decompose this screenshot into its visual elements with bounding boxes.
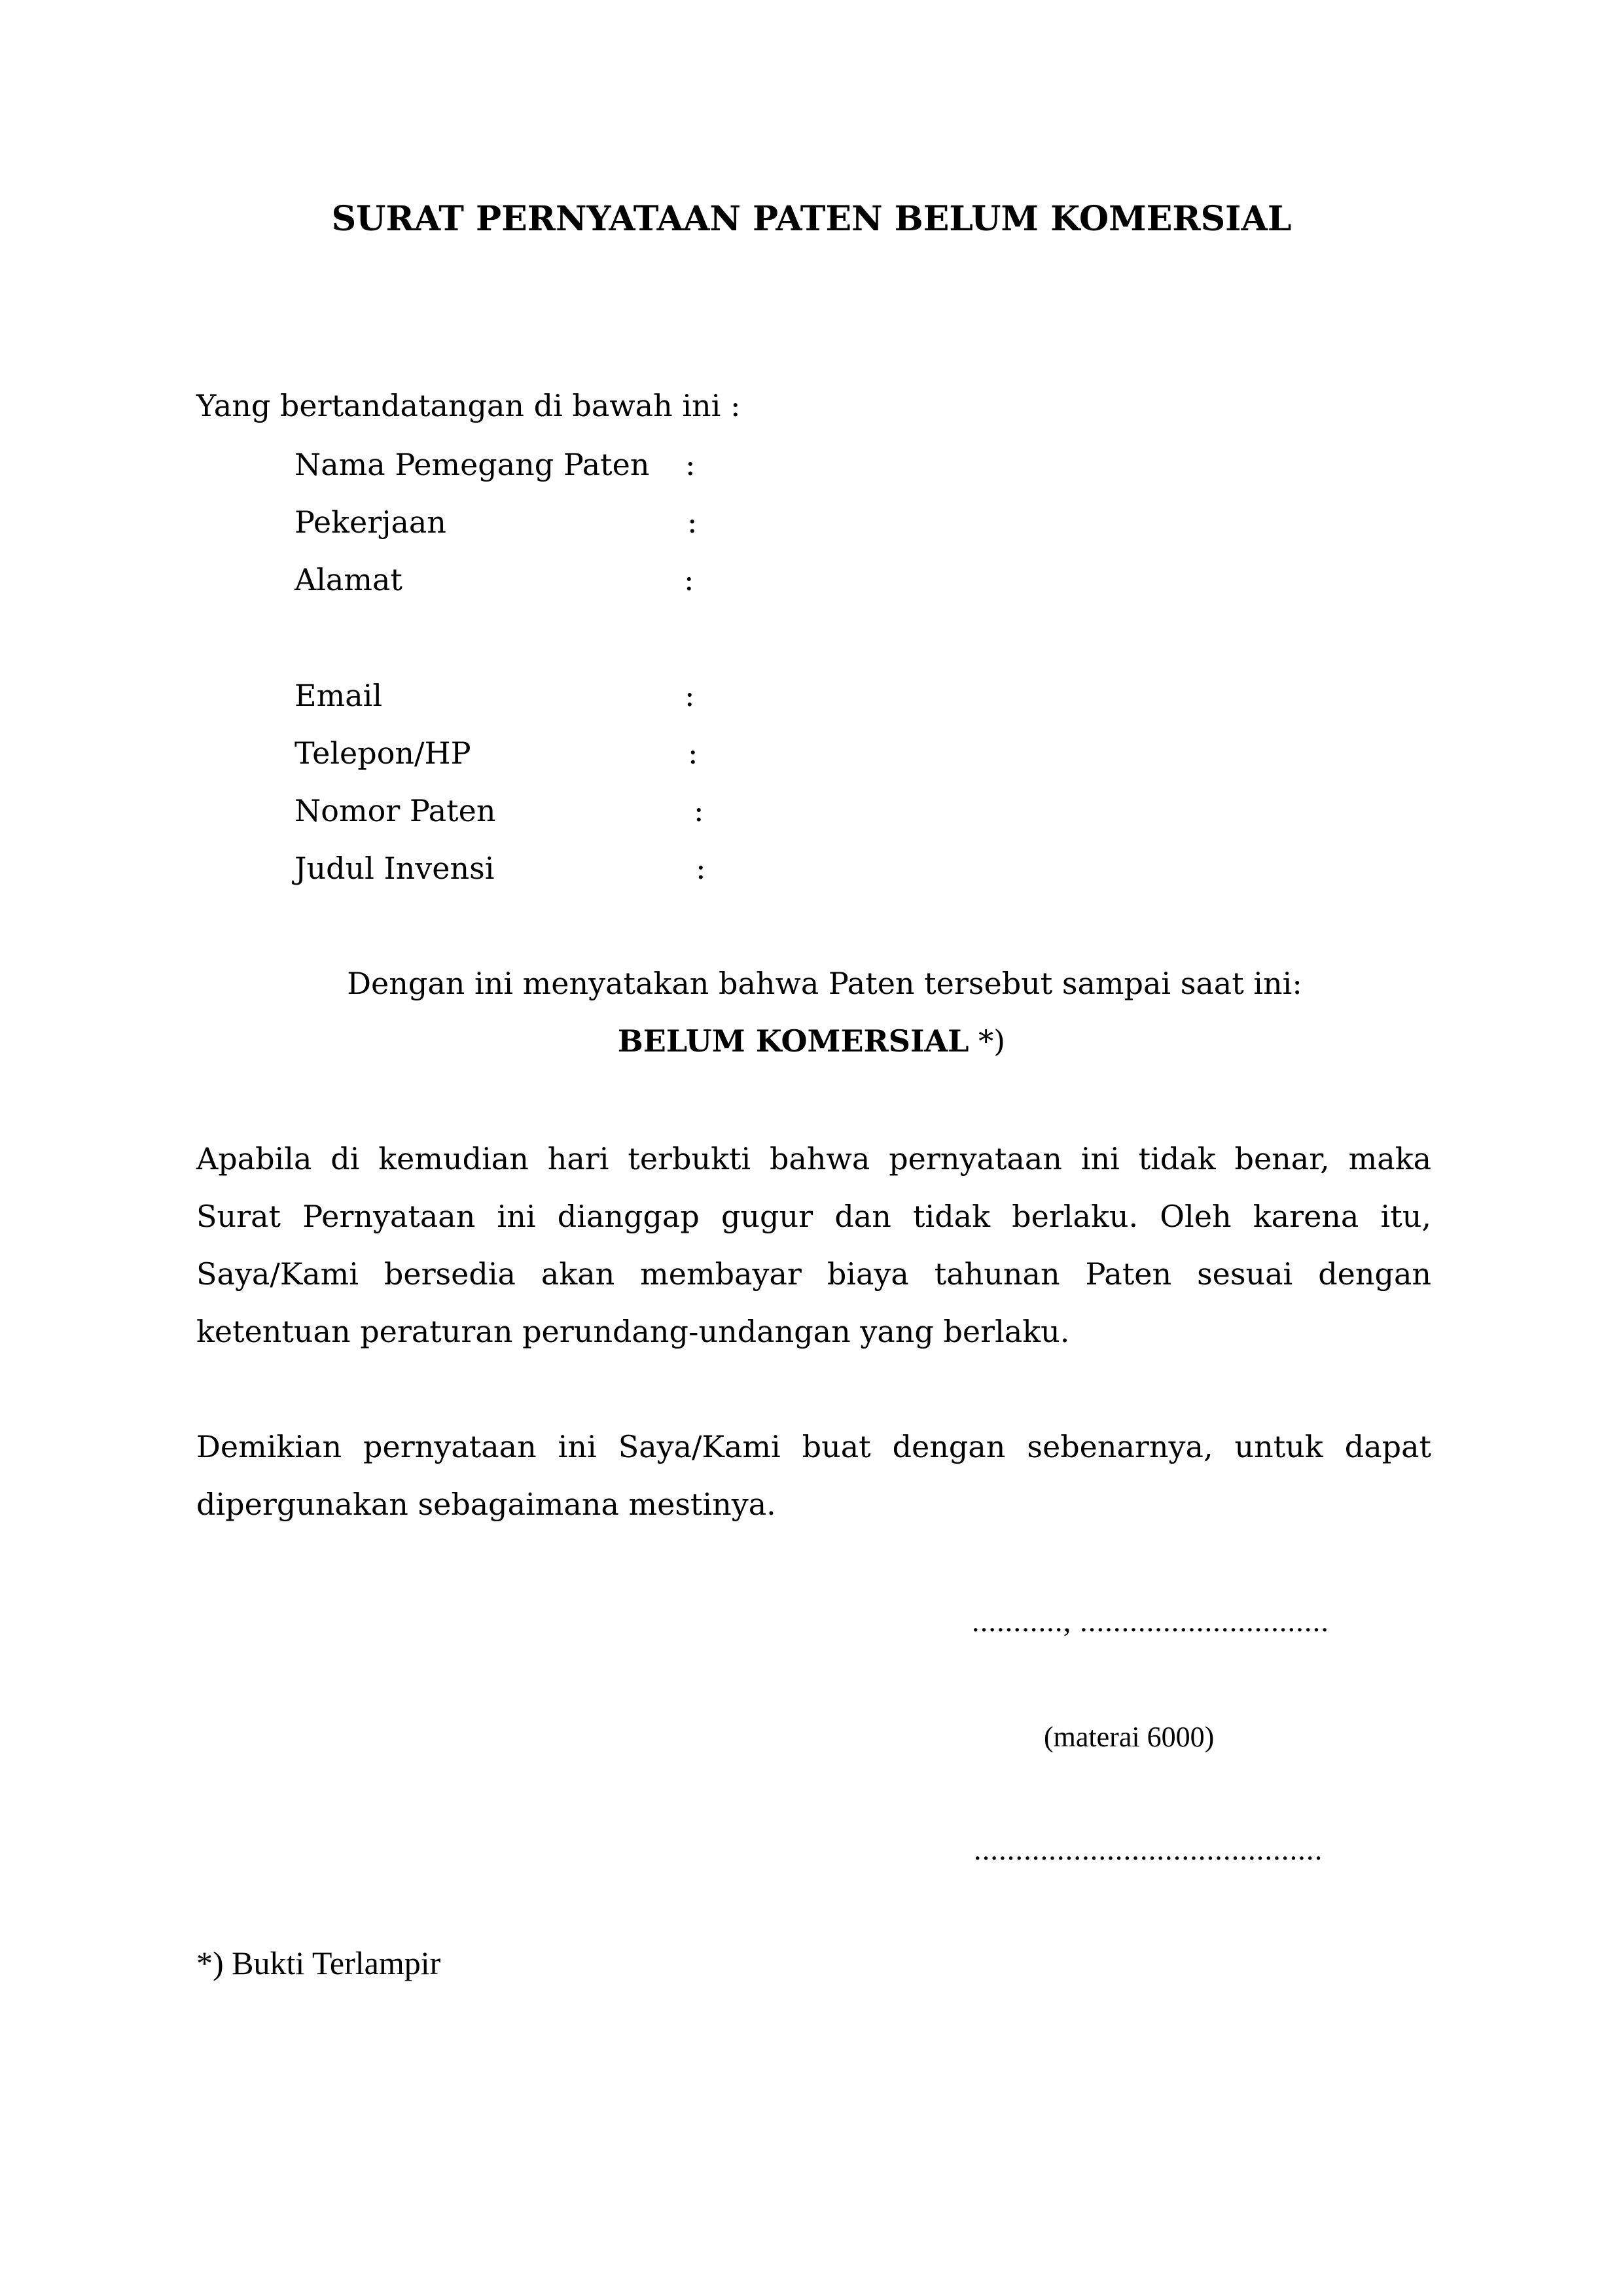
status-line: BELUM KOMERSIAL *) <box>0 1021 1623 1061</box>
intro-text: Yang bertandatangan di bawah ini : <box>196 386 741 425</box>
paragraph-line: ketentuan peraturan perundang-undangan y… <box>196 1303 1431 1360</box>
field-label: Email <box>294 676 382 715</box>
status-footnote-mark: *) <box>969 1023 1006 1059</box>
paragraph-line: Apabila di kemudian hari terbukti bahwa … <box>196 1130 1431 1188</box>
status-badge: BELUM KOMERSIAL <box>618 1023 969 1059</box>
document-page: SURAT PERNYATAAN PATEN BELUM KOMERSIAL Y… <box>0 0 1623 2296</box>
field-colon: : <box>685 676 695 715</box>
paragraph-line: Saya/Kami bersedia akan membayar biaya t… <box>196 1245 1431 1303</box>
footnote-attachment: *) Bukti Terlampir <box>196 1943 440 1983</box>
field-label: Alamat <box>294 560 402 599</box>
stamp-note: (materai 6000) <box>1044 1718 1214 1757</box>
paragraph-consequence: Apabila di kemudian hari terbukti bahwa … <box>196 1130 1431 1360</box>
field-label: Pekerjaan <box>294 503 446 542</box>
paragraph-closing: Demikian pernyataan ini Saya/Kami buat d… <box>196 1418 1431 1533</box>
field-colon: : <box>696 849 706 888</box>
field-label: Nama Pemegang Paten <box>294 445 650 484</box>
field-label: Telepon/HP <box>294 733 471 773</box>
document-title: SURAT PERNYATAAN PATEN BELUM KOMERSIAL <box>0 196 1623 242</box>
field-label: Nomor Paten <box>294 791 496 830</box>
paragraph-line: dipergunakan sebagaimana mestinya. <box>196 1475 1431 1533</box>
paragraph-line: Demikian pernyataan ini Saya/Kami buat d… <box>196 1418 1431 1475</box>
field-colon: : <box>684 560 694 599</box>
place-date-line: ..........., ...........................… <box>972 1602 1329 1641</box>
paragraph-line: Surat Pernyataan ini dianggap gugur dan … <box>196 1188 1431 1245</box>
field-colon: : <box>687 503 698 542</box>
field-colon: : <box>685 445 696 484</box>
signature-name-line: ........................................… <box>974 1830 1323 1869</box>
field-label: Judul Invensi <box>294 849 494 888</box>
field-colon: : <box>688 733 698 773</box>
field-colon: : <box>694 791 704 830</box>
declaration-text: Dengan ini menyatakan bahwa Paten terseb… <box>0 964 1623 1003</box>
